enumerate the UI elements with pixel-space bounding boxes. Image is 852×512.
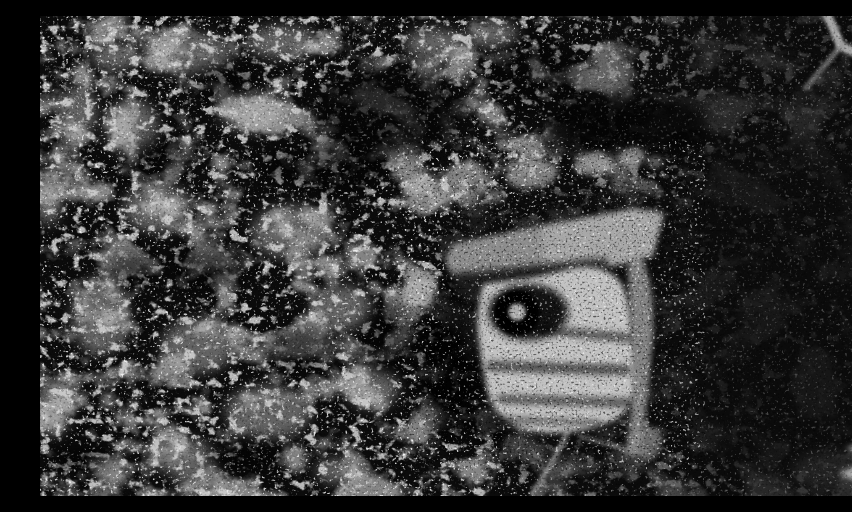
- film-grain-layer: [40, 16, 852, 496]
- aerial-photo: Black-and-white aerial reconnaissance ph…: [40, 16, 852, 496]
- photo-canvas: Black-and-white aerial reconnaissance ph…: [40, 16, 852, 496]
- film-grain-dark: [40, 16, 852, 496]
